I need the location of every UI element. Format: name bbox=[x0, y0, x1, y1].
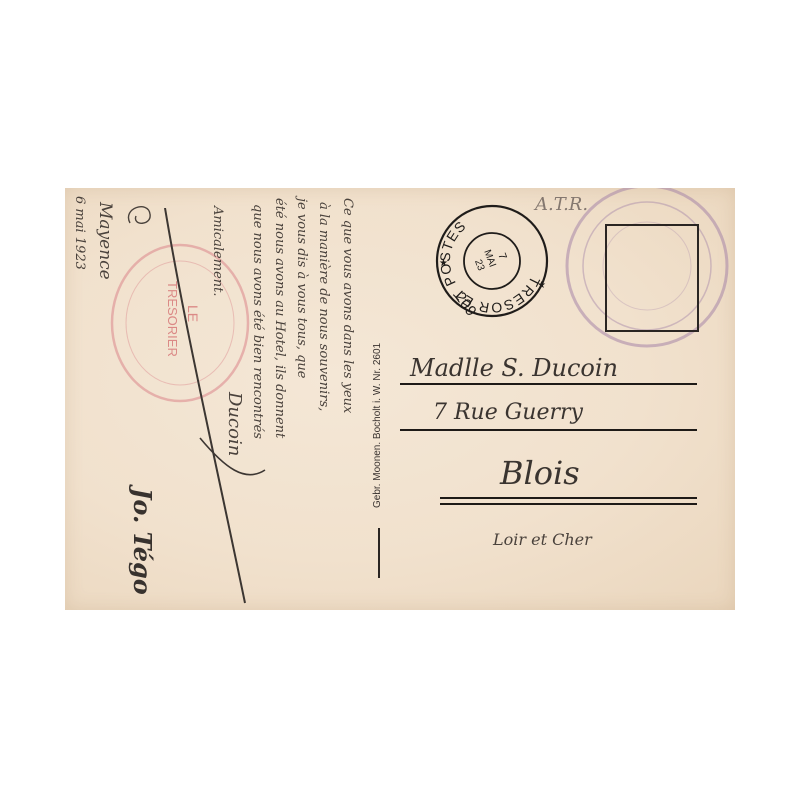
address-rule-3a bbox=[440, 497, 697, 499]
svg-text:TRESOR ET POSTES: TRESOR ET POSTES bbox=[433, 214, 551, 320]
publisher-imprint-wrap: Gebr. Moonen. Bocholt i. W. Nr. 2601 bbox=[372, 258, 386, 508]
message-line-6: Amicalement. bbox=[210, 206, 225, 297]
center-divider bbox=[378, 528, 380, 578]
stamp-box bbox=[605, 224, 699, 332]
postmark-year: 23 bbox=[472, 258, 486, 273]
margin-note-place: Mayence bbox=[95, 202, 115, 280]
address-rule-3b bbox=[440, 503, 697, 505]
message-line-4: été nous avons au Hotel, ils donnent bbox=[272, 198, 287, 438]
address-rule-2 bbox=[400, 429, 697, 431]
postmark-day: 7 bbox=[495, 251, 508, 261]
message-signature: Ducoin bbox=[224, 202, 245, 266]
postmark-ring-text: TRESOR ET POSTES bbox=[433, 214, 551, 320]
star-icon: ★ bbox=[439, 258, 448, 269]
address-rule-1 bbox=[400, 383, 697, 385]
address-line-3: Blois bbox=[500, 454, 580, 492]
margin-note-date: 6 mai 1923 bbox=[72, 196, 87, 270]
address-line-4: Loir et Cher bbox=[493, 530, 592, 549]
address-line-1: Madlle S. Ducoin bbox=[410, 354, 618, 382]
address-line-2: 7 Rue Guerry bbox=[433, 400, 583, 425]
message-line-1: Ce que vous avons dans les yeux bbox=[340, 198, 355, 413]
message-line-5: que nous avons été bien rencontrés bbox=[250, 204, 265, 439]
signature-bottom: Jo. Tégo bbox=[128, 488, 157, 595]
tresor-postes-postmark: TRESOR ET POSTES 209 7 MAI 23 ★ ★ bbox=[433, 202, 551, 320]
message-line-3: je vous dis à vous tous, que bbox=[294, 198, 309, 378]
postcard-back: LE TRESORIER 6 mai 1923 Mayence Amicalem… bbox=[65, 188, 735, 610]
message-line-2: à la manière de nous souvenirs, bbox=[316, 202, 331, 411]
publisher-imprint: Gebr. Moonen. Bocholt i. W. Nr. 2601 bbox=[372, 343, 383, 508]
message-signature-text: Ducoin bbox=[224, 392, 245, 456]
